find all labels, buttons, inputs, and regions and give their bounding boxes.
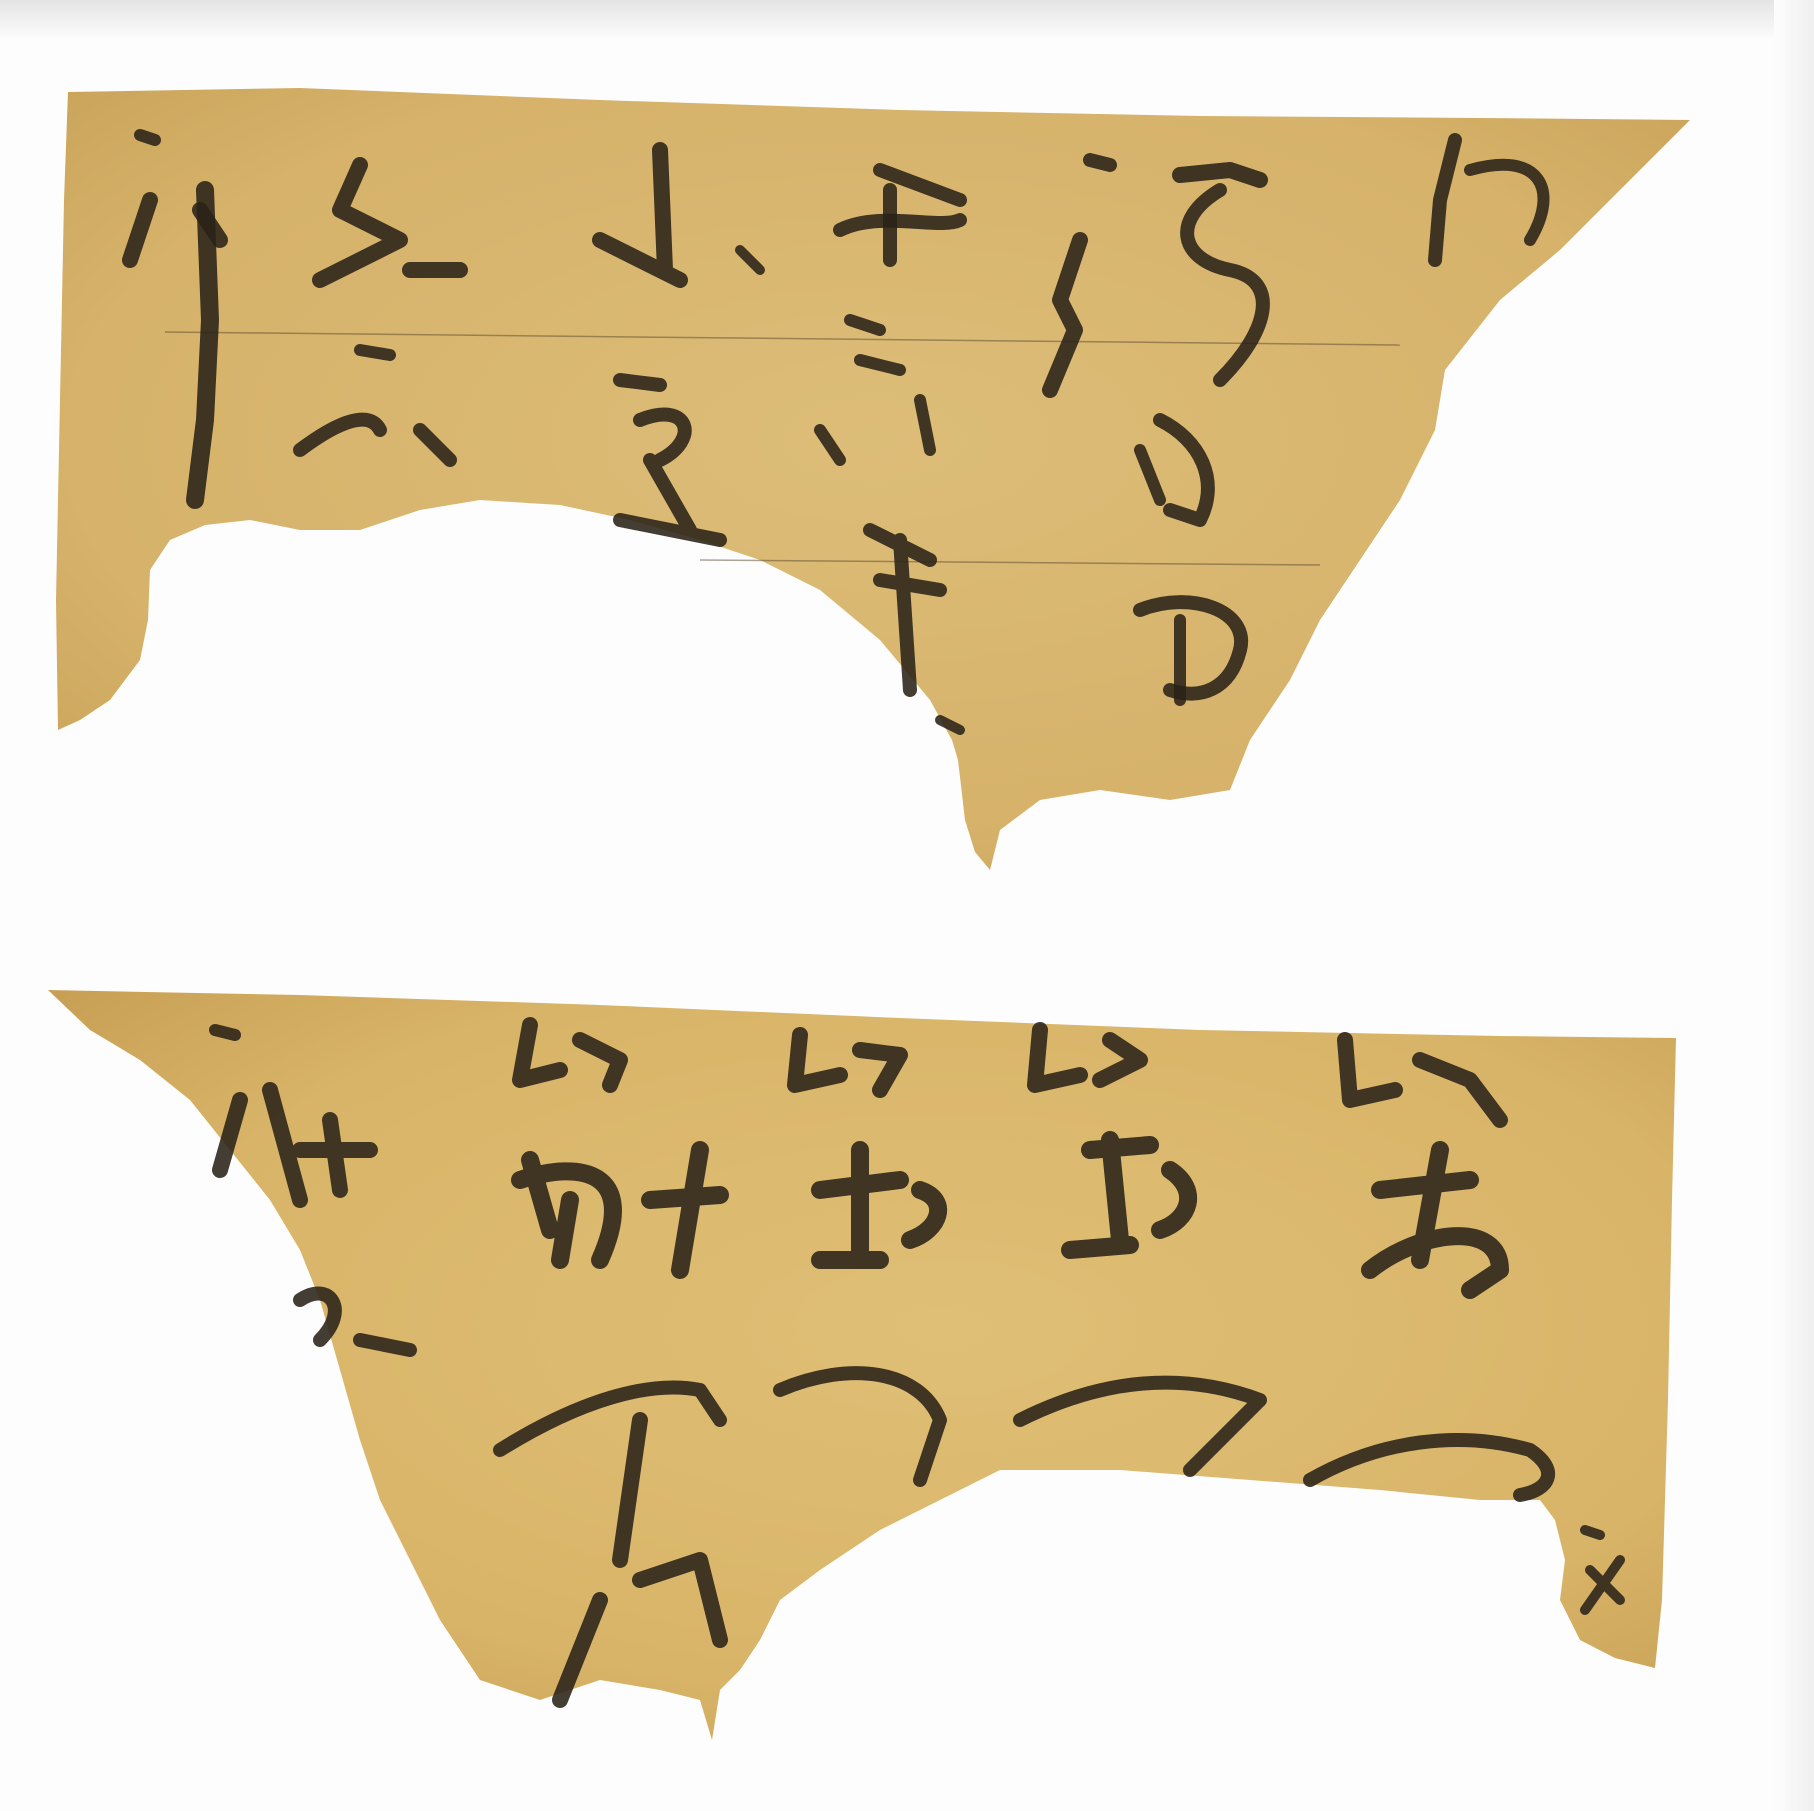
photo-stage [0,0,1814,1811]
manuscript-svg [0,0,1814,1811]
lower-fragment [48,990,1676,1740]
